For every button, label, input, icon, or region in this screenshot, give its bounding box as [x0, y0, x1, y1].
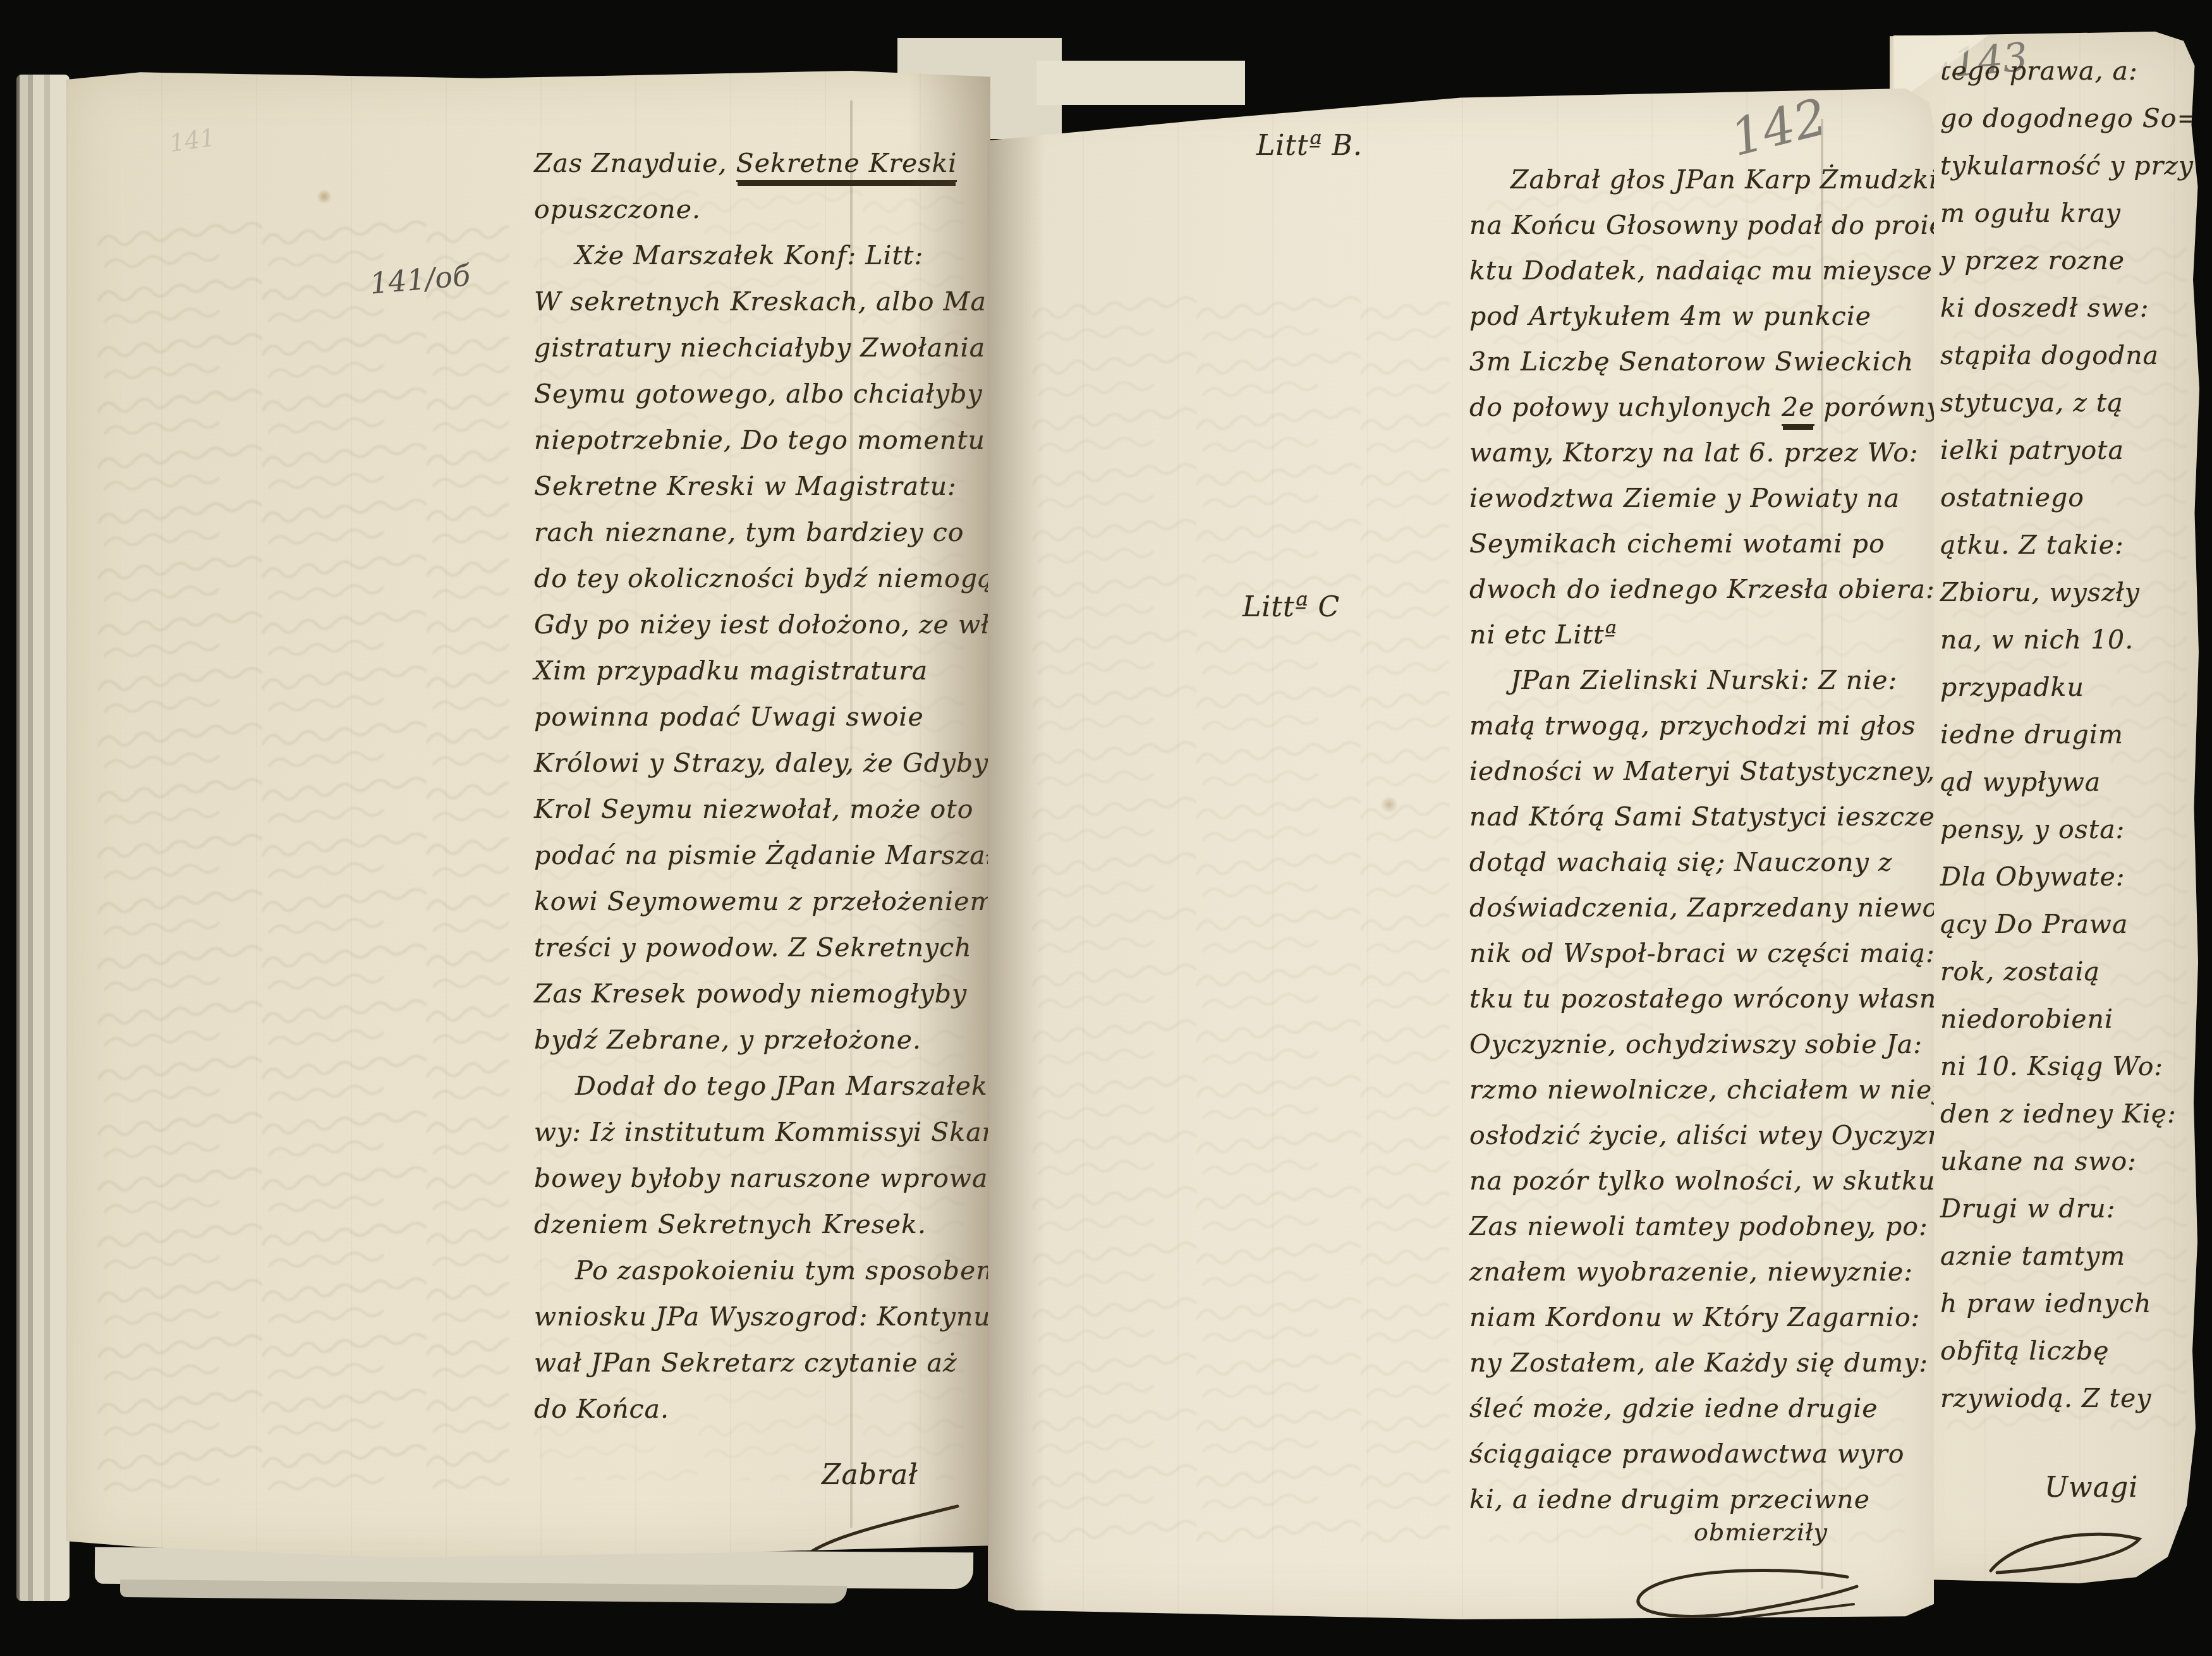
manuscript-line: osłodzić życie, aliści wtey Oyczyznie: [1469, 1112, 1918, 1158]
manuscript-line: Oyczyznie, ochydziwszy sobie Ja:: [1469, 1021, 1918, 1067]
manuscript-line: niam Kordonu w Który Zagarnio:: [1469, 1294, 1918, 1340]
pen-flourish-icon: [1978, 1523, 2168, 1586]
manuscript-line: do tey okoliczności bydź niemogą,: [534, 556, 989, 602]
manuscript-line-fragment: niedorobieni: [1940, 995, 2199, 1043]
margin-note-folio: 141/об: [368, 258, 471, 301]
manuscript-line: nad Którą Sami Statystyci ieszcze: [1469, 794, 1918, 839]
manuscript-line: Xże Marszałek Konf: Litt:: [534, 233, 989, 279]
manuscript-line: pod Artykułem 4m w punkcie: [1469, 293, 1918, 339]
manuscript-line: Seymu gotowego, albo chciałyby go: [534, 371, 989, 417]
manuscript-line: nik od Wspoł-braci w części maią:: [1469, 930, 1918, 976]
manuscript-line: Zas niewoli tamtey podobney, po:: [1469, 1203, 1918, 1249]
manuscript-line: opuszczone.: [534, 186, 989, 233]
folio-number-142: 142: [1725, 87, 1833, 167]
manuscript-line: JPan Zielinski Nurski: Z nie:: [1469, 657, 1918, 703]
manuscript-line: śleć może, gdzie iedne drugie: [1469, 1385, 1918, 1431]
manuscript-line: wał JPan Sekretarz czytanie aż: [534, 1340, 989, 1386]
margin-note-litta-c: Littª C: [1243, 591, 1340, 623]
manuscript-line-fragment: ąd wypływa: [1940, 758, 2199, 806]
manuscript-line: wy: Iż institutum Kommissyi Skar:: [534, 1109, 989, 1155]
paper-stain: [1380, 796, 1399, 813]
manuscript-line: Zas Kresek powody niemogłyby: [534, 971, 989, 1017]
manuscript-line: dwoch do iednego Krzesła obiera:: [1469, 566, 1918, 612]
left-page-text: Zas Znayduie, Sekretne Kreskiopuszczone.…: [534, 140, 989, 1432]
manuscript-line: iedności w Materyi Statystyczney,: [1469, 748, 1918, 794]
faint-folio-number: 141: [167, 123, 217, 157]
catchword-zabral: Zabrał: [822, 1459, 918, 1491]
manuscript-line: ktu Dodatek, nadaiąc mu mieysce: [1469, 248, 1918, 293]
manuscript-line: dzeniem Sekretnych Kresek.: [534, 1202, 989, 1248]
manuscript-line: bowey byłoby naruszone wprowa: [534, 1155, 989, 1202]
manuscript-line: W sekretnych Kreskach, albo Ma:: [534, 279, 989, 325]
manuscript-line: powinna podać Uwagi swoie: [534, 694, 989, 740]
manuscript-line: bydź Zebrane, y przełożone.: [534, 1017, 989, 1063]
manuscript-line-fragment: obfitą liczbę: [1940, 1327, 2199, 1375]
manuscript-line: ściągaiące prawodawctwa wyro: [1469, 1431, 1918, 1476]
manuscript-line-fragment: go dogodnego So=: [1940, 95, 2199, 142]
manuscript-line-fragment: ostatniego: [1940, 474, 2199, 521]
under-sheet-edge: [1036, 61, 1245, 105]
manuscript-line-fragment: rzywiodą. Z tey: [1940, 1375, 2199, 1422]
manuscript-line: gistratury niechciałyby Zwołania: [534, 325, 989, 371]
bleedthrough-texture: [98, 214, 509, 1495]
manuscript-line: ni etc Littª: [1469, 612, 1918, 657]
manuscript-line: ny Zostałem, ale Każdy się dumy:: [1469, 1340, 1918, 1385]
manuscript-line: podać na pismie Żądanie Marszał: [534, 832, 989, 879]
manuscript-line-fragment: przypadku: [1940, 664, 2199, 711]
manuscript-line: Sekretne Kreski w Magistratu:: [534, 463, 989, 509]
catchword-obmierzily: obmierziły: [1694, 1518, 1828, 1546]
manuscript-line: Dodał do tego JPan Marszałek Seymo: [534, 1063, 989, 1109]
middle-page-text: Zabrał głos JPan Karp Żmudzki=na Końcu G…: [1469, 157, 1918, 1522]
manuscript-line: do połowy uchylonych 2e porówny:: [1469, 384, 1918, 430]
manuscript-line: doświadczenia, Zaprzedany niewol:: [1469, 885, 1918, 930]
manuscript-line: Krol Seymu niezwołał, może oto: [534, 786, 989, 832]
manuscript-line-fragment: h praw iednych: [1940, 1280, 2199, 1327]
manuscript-line-fragment: pensy, y osta:: [1940, 806, 2199, 853]
manuscript-line-fragment: Dla Obywate:: [1940, 853, 2199, 901]
manuscript-spread-photo: 143 tego prawa, a:go dogodnego So=tykula…: [0, 0, 2212, 1656]
manuscript-line-fragment: tego prawa, a:: [1940, 47, 2199, 95]
manuscript-line: rzmo niewolnicze, chciałem w niey: [1469, 1067, 1918, 1112]
middle-page-142: 142 Littª B. Littª C Zabrał głos JPan Ka…: [988, 88, 1934, 1619]
manuscript-line: tku tu pozostałego wrócony własney: [1469, 976, 1918, 1021]
manuscript-line: niepotrzebnie, Do tego momentu: [534, 417, 989, 463]
manuscript-line: na pozór tylko wolności, w skutku: [1469, 1158, 1918, 1203]
manuscript-line-fragment: den z iedney Kię:: [1940, 1090, 2199, 1138]
manuscript-line: rach nieznane, tym bardziey co: [534, 509, 989, 556]
right-page-text-fragments: tego prawa, a:go dogodnego So=tykularnoś…: [1940, 47, 2199, 1422]
manuscript-line-fragment: ielki patryota: [1940, 427, 2199, 474]
page-edge-stack: [16, 75, 70, 1601]
manuscript-line: ki, a iedne drugim przeciwne: [1469, 1476, 1918, 1522]
manuscript-line-fragment: Zbioru, wyszły: [1940, 569, 2199, 616]
right-page-143: 143 tego prawa, a:go dogodnego So=tykula…: [1890, 32, 2206, 1583]
catchword-uwagi: Uwagi: [2045, 1471, 2138, 1504]
manuscript-line: Seymikach cichemi wotami po: [1469, 521, 1918, 566]
manuscript-line: Xim przypadku magistratura: [534, 648, 989, 694]
manuscript-line: 3m Liczbę Senatorow Swieckich: [1469, 339, 1918, 384]
manuscript-line: kowi Seymowemu z przełożeniem: [534, 879, 989, 925]
manuscript-line-fragment: ukane na swo:: [1940, 1138, 2199, 1185]
heading-litta-b: Littª B.: [1256, 130, 1363, 162]
manuscript-line-fragment: stąpiła dogodna: [1940, 332, 2199, 379]
manuscript-line-fragment: Drugi w dru:: [1940, 1185, 2199, 1233]
manuscript-line: Królowi y Strazy, daley, że Gdyby: [534, 740, 989, 786]
paper-stain: [316, 190, 332, 204]
manuscript-line-fragment: tykularność y przy: [1940, 142, 2199, 190]
bleedthrough-texture: [1032, 291, 1449, 1542]
manuscript-line: znałem wyobrazenie, niewyznie:: [1469, 1249, 1918, 1294]
manuscript-line: Zas Znayduie, Sekretne Kreski: [534, 140, 989, 186]
manuscript-line: Zabrał głos JPan Karp Żmudzki=: [1469, 157, 1918, 202]
manuscript-line: wniosku JPa Wyszogrod: Kontynuo.: [534, 1294, 989, 1340]
manuscript-line: iewodztwa Ziemie y Powiaty na: [1469, 475, 1918, 521]
manuscript-line-fragment: rok, zostaią: [1940, 948, 2199, 995]
manuscript-line-fragment: na, w nich 10.: [1940, 616, 2199, 664]
manuscript-line: małą trwogą, przychodzi mi głos: [1469, 703, 1918, 748]
manuscript-line-fragment: iedne drugim: [1940, 711, 2199, 758]
manuscript-line: do Końca.: [534, 1386, 989, 1432]
manuscript-line-fragment: ki doszedł swe:: [1940, 284, 2199, 332]
pen-flourish-icon: [1613, 1561, 1866, 1643]
manuscript-line: treści y powodow. Z Sekretnych: [534, 925, 989, 971]
manuscript-line: dotąd wachaią się; Nauczony z: [1469, 839, 1918, 885]
manuscript-line: na Końcu Głosowny podał do proie: [1469, 202, 1918, 248]
manuscript-line-fragment: stytucya, z tą: [1940, 379, 2199, 427]
manuscript-line-fragment: aznie tamtym: [1940, 1233, 2199, 1280]
manuscript-line: Po zaspokoieniu tym sposobem: [534, 1248, 989, 1294]
manuscript-line-fragment: ni 10. Ksiąg Wo:: [1940, 1043, 2199, 1090]
manuscript-line: wamy, Ktorzy na lat 6. przez Wo:: [1469, 430, 1918, 475]
manuscript-line-fragment: m ogułu kray: [1940, 190, 2199, 237]
manuscript-line: Gdy po niżey iest dołożono, ze wła:: [534, 602, 989, 648]
manuscript-line-fragment: y przez rozne: [1940, 237, 2199, 284]
left-page-141v: 141 141/об Zas Znayduie, Sekretne Kreski…: [66, 71, 990, 1557]
manuscript-line-fragment: ący Do Prawa: [1940, 901, 2199, 948]
manuscript-line-fragment: ątku. Z takie:: [1940, 521, 2199, 569]
